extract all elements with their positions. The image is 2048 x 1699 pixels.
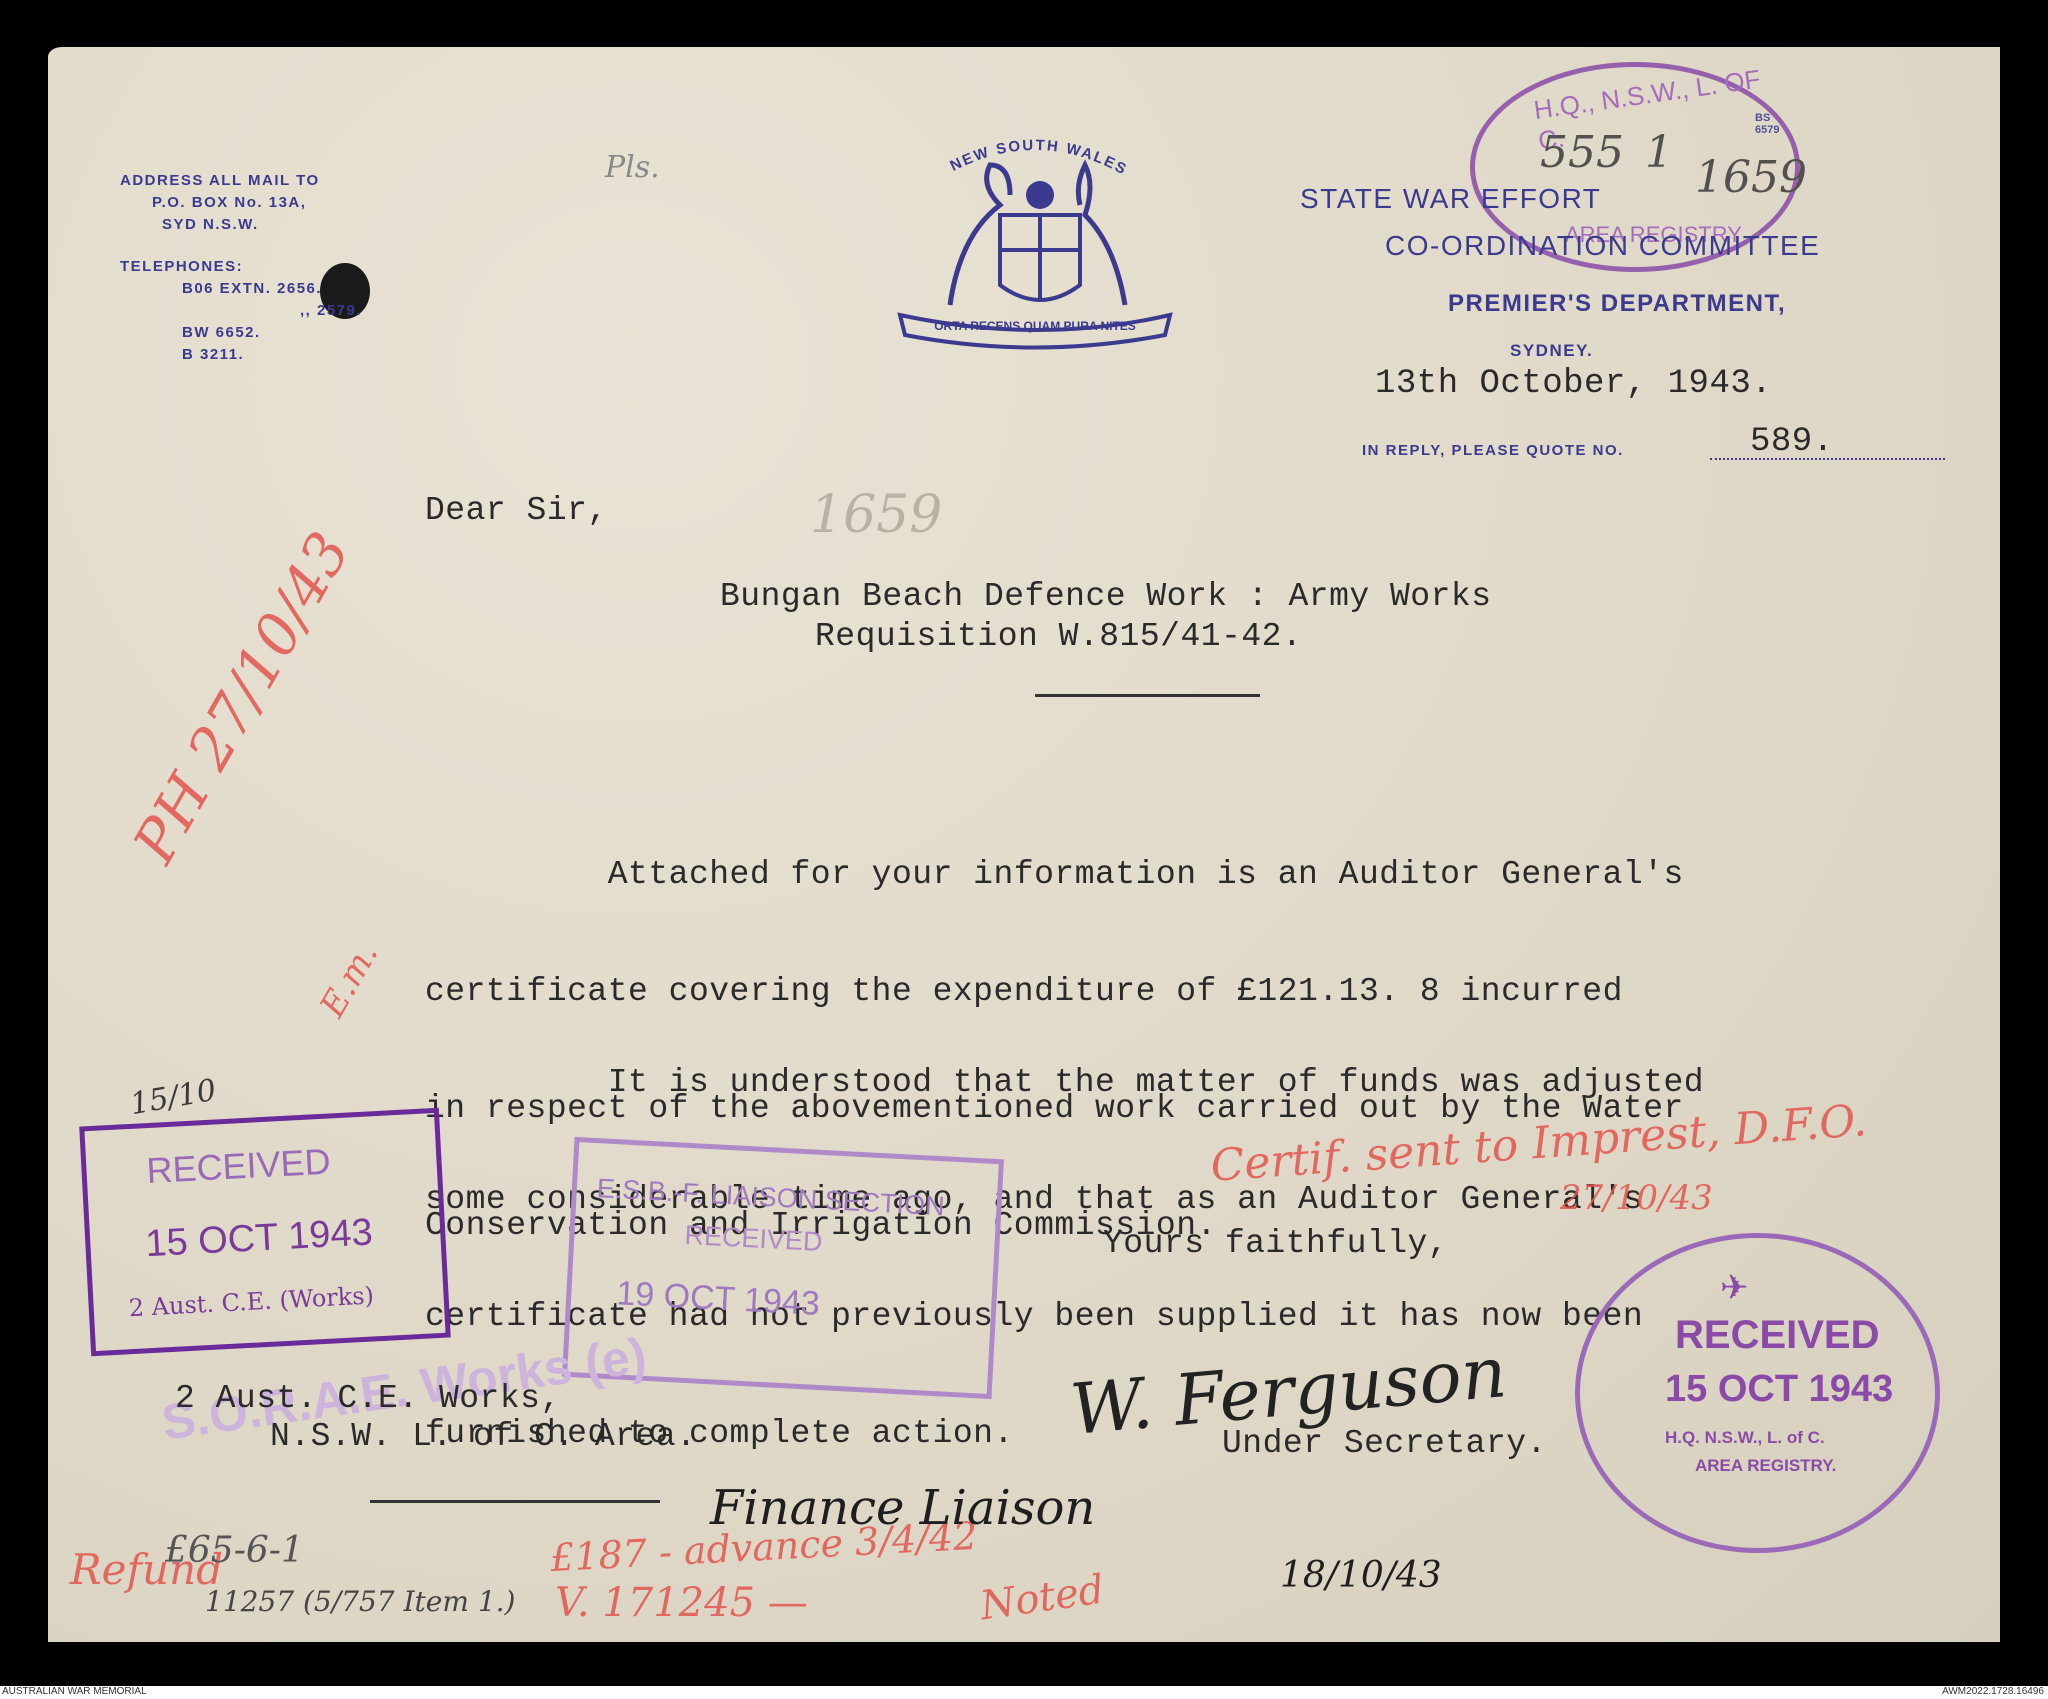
pencil-note-pls: Pls. xyxy=(605,150,660,185)
addressee-line-2: N.S.W. L. of C. Area. xyxy=(270,1418,696,1455)
nsw-coat-of-arms: NEW SOUTH WALES ORTA RECENS QUAM PURA NI… xyxy=(890,125,1180,350)
red-voucher-note: V. 171245 — xyxy=(555,1580,808,1626)
pencil-amount: £65-6-1 xyxy=(165,1530,304,1571)
department: PREMIER'S DEPARTMENT, xyxy=(1448,290,1786,318)
paragraph-line: Attached for your information is an Audi… xyxy=(425,855,1684,894)
salutation: Dear Sir, xyxy=(425,492,608,529)
addressee-rule xyxy=(370,1500,660,1503)
phone: B06 EXTN. 2656. xyxy=(120,278,362,300)
reply-label: IN REPLY, PLEASE QUOTE NO. xyxy=(1362,440,1624,462)
pencil-reference: 11257 (5/757 Item 1.) xyxy=(205,1585,515,1618)
address-line: ADDRESS ALL MAIL TO xyxy=(120,170,362,192)
paragraph-line: It is understood that the matter of fund… xyxy=(425,1063,1704,1102)
round-received-stamp: ✈ RECEIVED 15 OCT 1943 H.Q. N.S.W., L. o… xyxy=(1575,1233,1940,1553)
phone: B 3211. xyxy=(120,344,362,366)
stamp-date: 15 OCT 1943 xyxy=(1665,1368,1893,1411)
svg-text:ORTA RECENS QUAM PURA NITES: ORTA RECENS QUAM PURA NITES xyxy=(934,319,1136,333)
registry-number-right: 1659 xyxy=(1695,152,1807,203)
reply-number: 589. xyxy=(1750,423,1834,461)
initials-date: 18/10/43 xyxy=(1280,1555,1442,1596)
stamp-unit: 2 Aust. C.E. (Works) xyxy=(128,1281,375,1322)
svg-text:NEW SOUTH WALES: NEW SOUTH WALES xyxy=(948,137,1131,179)
address-line: P.O. BOX No. 13A, xyxy=(120,192,362,214)
address-block: ADDRESS ALL MAIL TO P.O. BOX No. 13A, SY… xyxy=(120,170,362,366)
phone: BW 6652. xyxy=(120,322,362,344)
addressee-line-1: 2 Aust. C.E. Works, xyxy=(175,1380,561,1417)
registry-number-mid: 1 xyxy=(1645,127,1673,178)
stamp-title: E.S.B.-F. LIAISON SECTION xyxy=(596,1173,945,1222)
footer-institution: AUSTRALIAN WAR MEMORIAL xyxy=(2,1686,147,1697)
letter-date: 13th October, 1943. xyxy=(1375,365,1772,403)
stamp-date: 19 OCT 1943 xyxy=(615,1274,820,1324)
crest-icon: NEW SOUTH WALES ORTA RECENS QUAM PURA NI… xyxy=(890,125,1180,350)
subject-line-1: Bungan Beach Defence Work : Army Works xyxy=(720,578,1492,615)
faint-pencil-number: 1659 xyxy=(810,485,942,545)
stamp-line-2: AREA REGISTRY. xyxy=(1695,1456,1836,1476)
stamp-title: RECEIVED xyxy=(1675,1313,1880,1358)
stamp-title: RECEIVED xyxy=(146,1141,332,1193)
org-line-2: CO-ORDINATION COMMITTEE xyxy=(1385,230,1820,262)
archive-footer: AUSTRALIAN WAR MEMORIAL AWM2022.1728.164… xyxy=(0,1686,2048,1699)
footer-accession-number: AWM2022.1728.16496 xyxy=(1942,1686,2044,1697)
red-certif-date: 27/10/43 xyxy=(1560,1178,1713,1218)
address-line: SYD N.S.W. xyxy=(120,214,362,236)
received-box-stamp: RECEIVED 15 OCT 1943 2 Aust. C.E. (Works… xyxy=(79,1108,451,1357)
subject-line-2: Requisition W.815/41-42. xyxy=(815,618,1302,655)
stamp-subtitle: RECEIVED xyxy=(684,1220,823,1258)
city: SYDNEY. xyxy=(1510,340,1593,362)
org-line-1: STATE WAR EFFORT xyxy=(1300,183,1601,215)
signatory-title: Under Secretary. xyxy=(1222,1425,1547,1462)
finance-liaison-note: Finance Liaison xyxy=(710,1480,1095,1536)
stamp-date: 15 OCT 1943 xyxy=(144,1211,373,1266)
subject-rule xyxy=(1035,694,1260,697)
closing: Yours faithfully, xyxy=(1103,1225,1448,1262)
plane-icon: ✈ xyxy=(1720,1268,1749,1308)
registry-small-code: BS 6579 xyxy=(1755,112,1795,136)
phone: ,, 2579. xyxy=(120,300,362,322)
stamp-line-1: H.Q. N.S.W., L. of C. xyxy=(1665,1428,1825,1448)
telephones-label: TELEPHONES: xyxy=(120,256,362,278)
registry-number-left: 555 xyxy=(1540,127,1624,178)
